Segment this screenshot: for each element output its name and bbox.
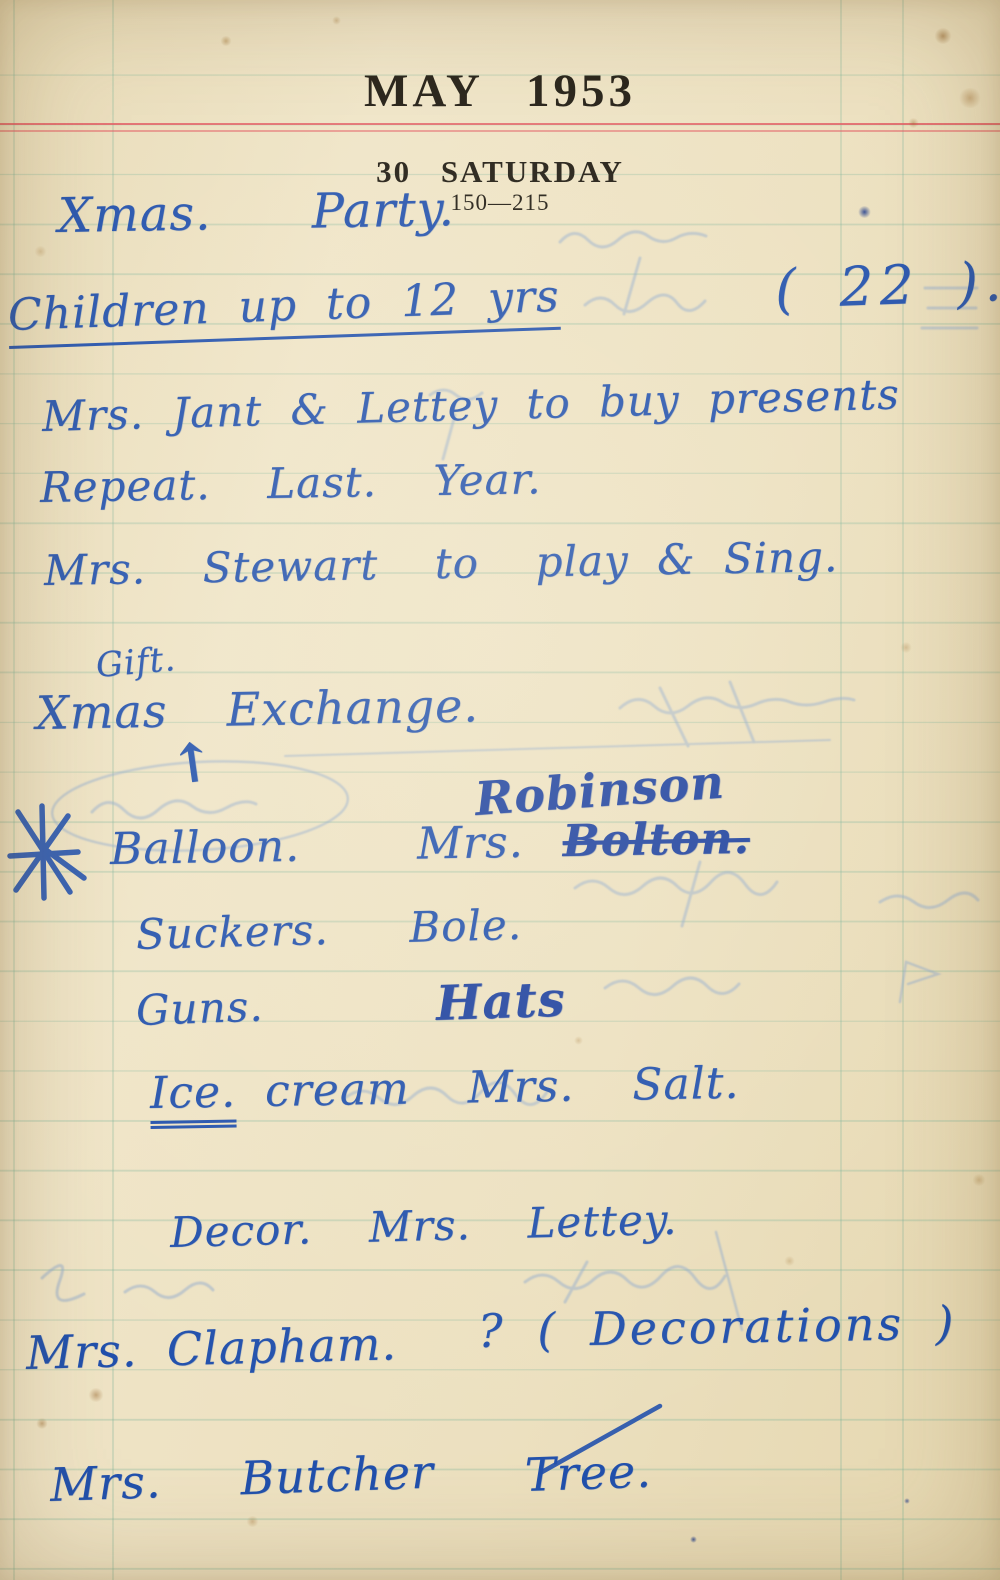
ink-dot — [690, 1536, 697, 1543]
insertion-arrow-icon: ↑ — [166, 728, 221, 798]
note-children-count: ( 22 ). — [774, 250, 1000, 321]
diary-page-scan: { "document": { "month_year": "MAY 1953"… — [0, 0, 1000, 1580]
title-mrs: Mrs. — [416, 817, 524, 870]
struck-name-bolton: Bolton. — [562, 813, 750, 867]
red-header-rule-bottom — [0, 130, 1000, 132]
ink-dot — [904, 1498, 910, 1504]
note-suckers: Suckers. Bole. — [135, 900, 522, 959]
item-balloon: Balloon. — [110, 821, 301, 875]
note-buy-presents: Mrs. Jant & Lettey to buy presents — [41, 370, 900, 441]
note-balloon-assignment: Balloon. Mrs. Bolton. — [110, 813, 751, 875]
hats-text: Hats — [435, 971, 567, 1031]
note-hats: Hats — [435, 971, 567, 1031]
note-xmas-party: Xmas. Party. — [58, 181, 456, 244]
printed-month-year: MAY 1953 — [0, 64, 1000, 118]
note-guns: Guns. — [135, 982, 264, 1035]
note-mrs-clapham: Mrs. Clapham. — [25, 1316, 397, 1380]
note-decorations-query: ? ( Decorations ) — [478, 1296, 957, 1358]
note-repeat-last-year: Repeat. Last. Year. — [40, 454, 542, 512]
gift-insertion-note: Gift. — [94, 639, 177, 686]
underlined-ice: Ice. — [150, 1067, 237, 1129]
note-decor: Decor. Mrs. Lettey. — [169, 1195, 678, 1257]
note-play-and-sing: Mrs. Stewart to play & Sing. — [44, 532, 839, 595]
note-xmas-exchange: Xmas Exchange. — [36, 678, 480, 740]
underlined-text: Children up to 12 yrs — [7, 271, 561, 349]
tree-t-flourish — [520, 1400, 680, 1490]
note-mrs-butcher: Mrs. Butcher — [49, 1445, 435, 1512]
margin-line-left-outer — [13, 0, 15, 1580]
note-ice-cream: Ice. cream Mrs. Salt. — [150, 1058, 740, 1119]
red-header-rule-top — [0, 123, 1000, 125]
ice-cream-rest: cream Mrs. Salt. — [236, 1058, 740, 1118]
note-children-age: Children up to 12 yrs — [7, 271, 560, 341]
asterisk-star-mark — [6, 800, 86, 910]
printed-day-heading: 30 SATURDAY — [0, 154, 1000, 190]
